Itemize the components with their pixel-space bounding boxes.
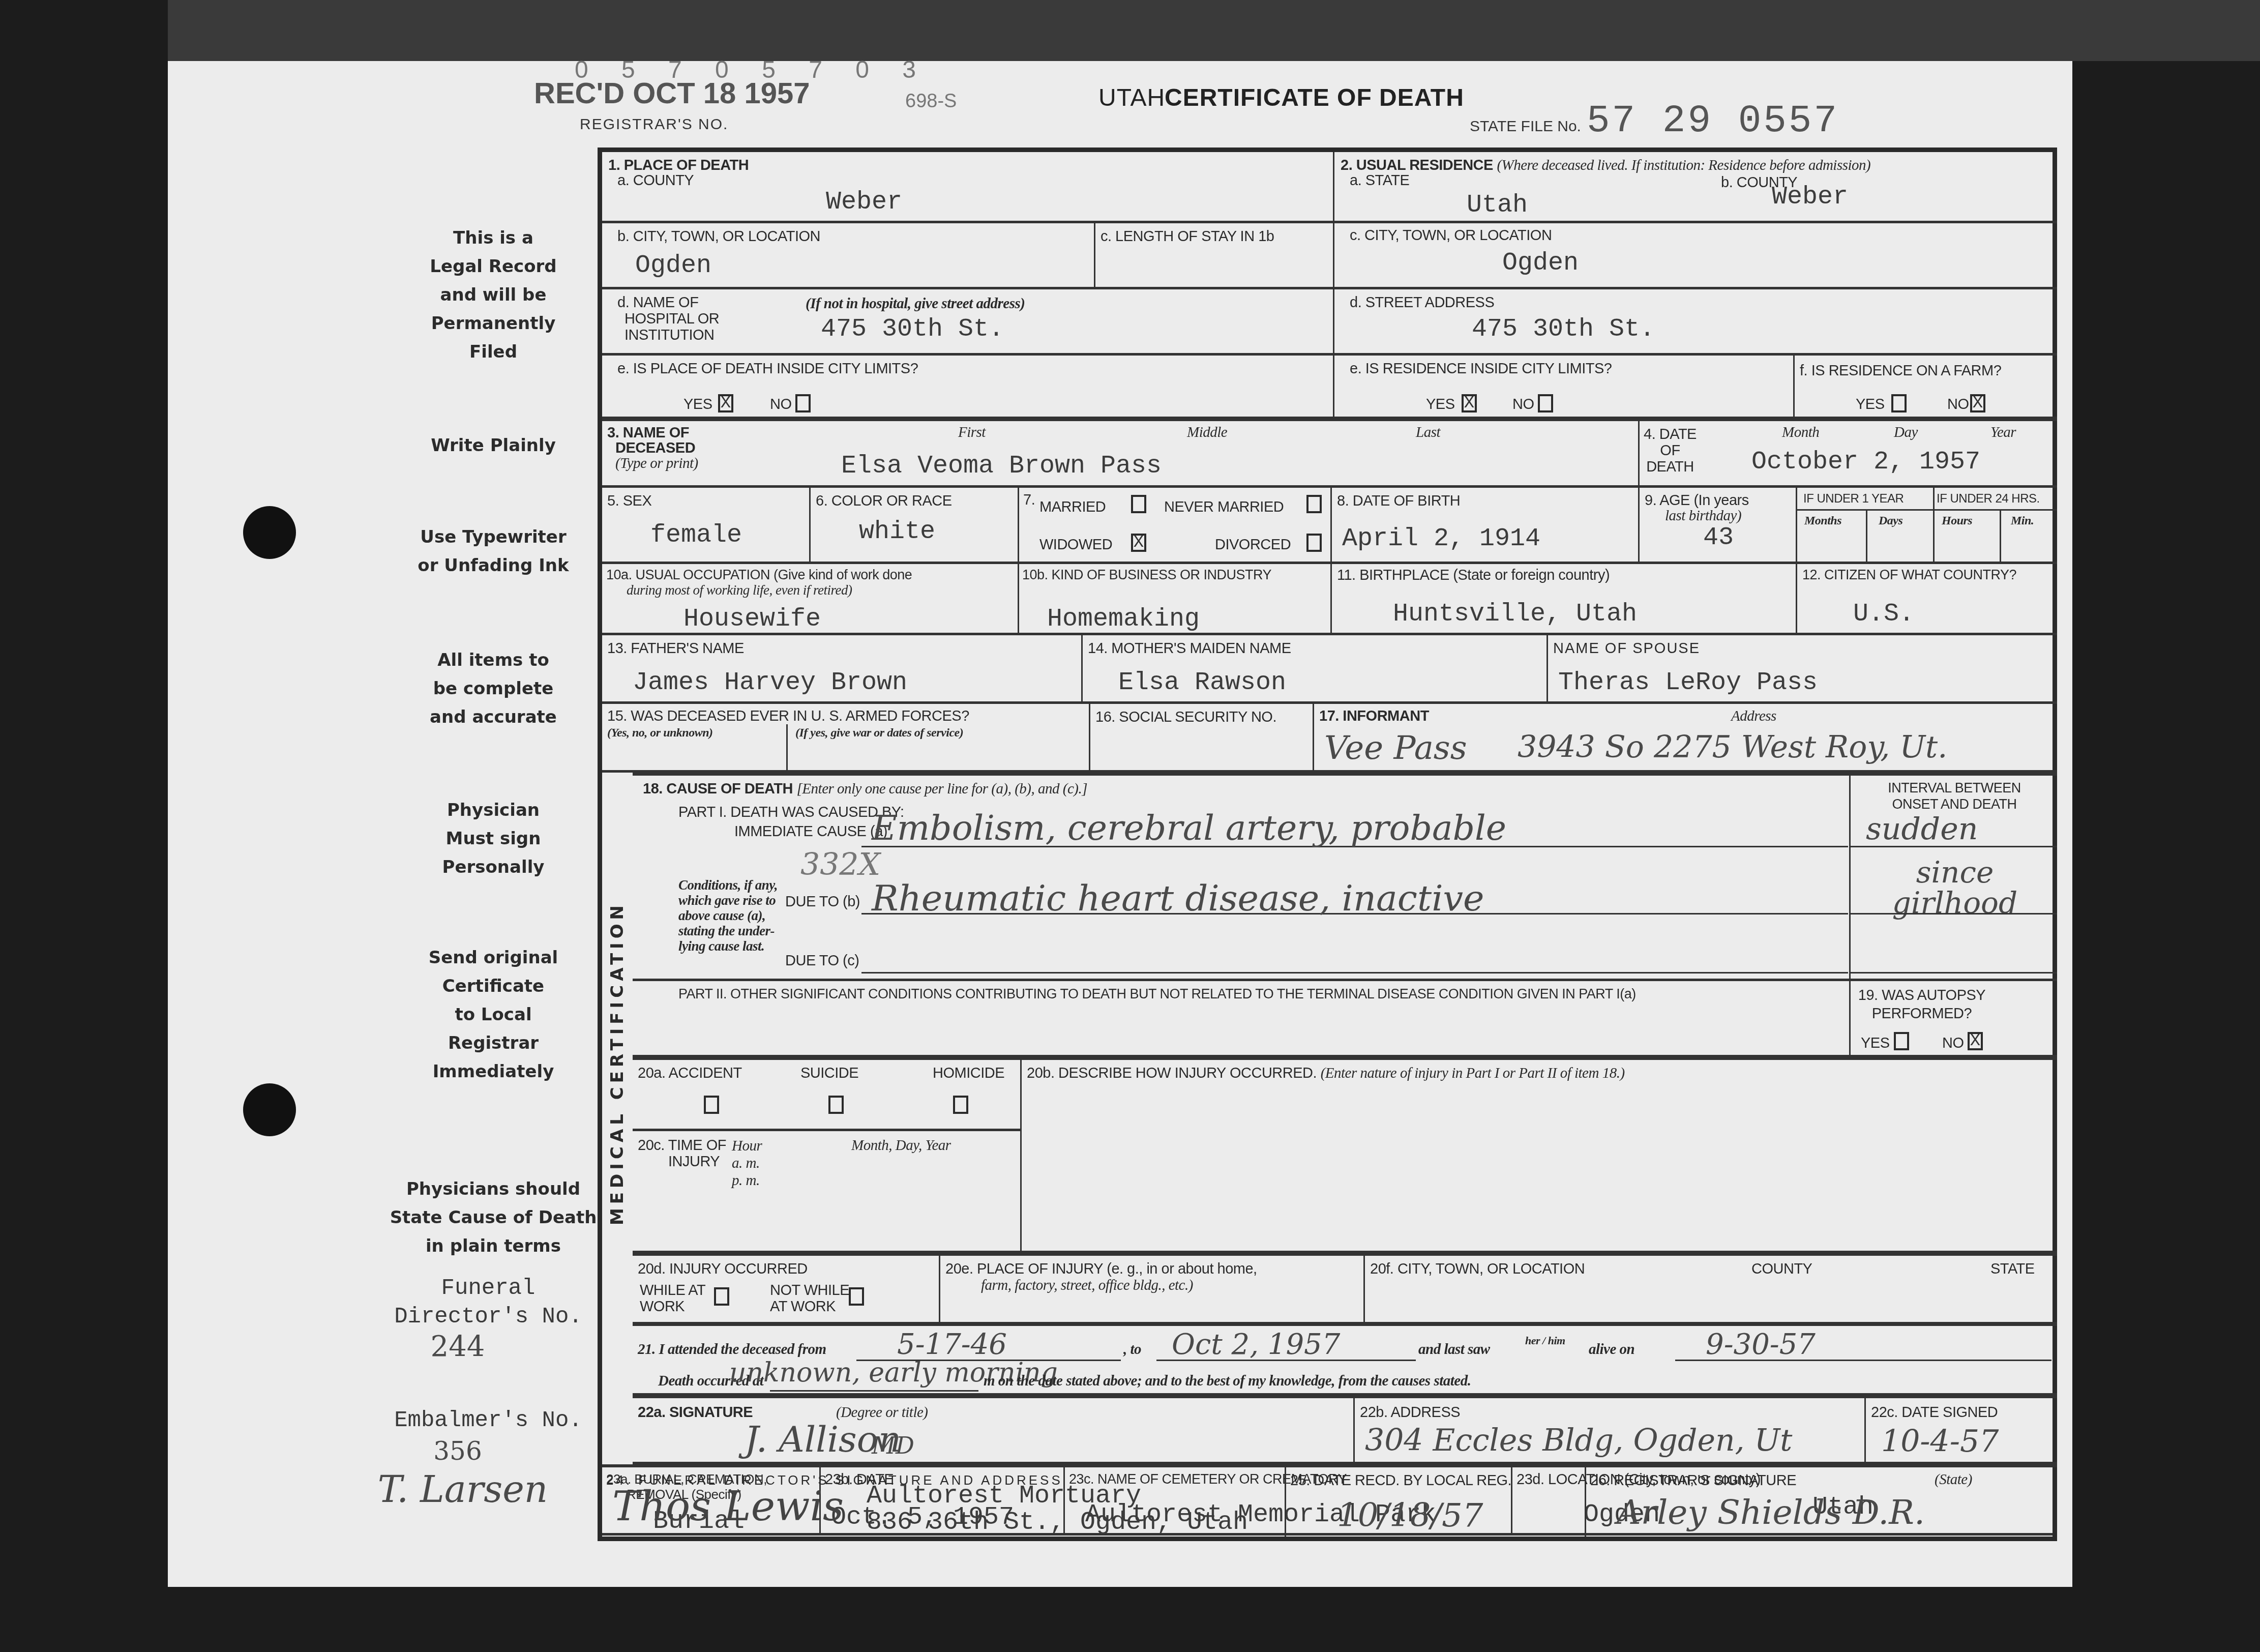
entry-line xyxy=(1851,972,2057,973)
place-of-death-city-cell: b. CITY, TOWN, OR LOCATION Ogden xyxy=(602,223,1095,289)
due-to-b-label: DUE TO (b) xyxy=(785,894,860,910)
due-to-c-label: DUE TO (c) xyxy=(785,953,859,969)
never-married-checkbox[interactable] xyxy=(1306,495,1322,513)
residence-inside-city-cell: e. IS RESIDENCE INSIDE CITY LIMITS? YES … xyxy=(1334,356,1795,419)
married-checkbox[interactable] xyxy=(1131,495,1146,513)
field-label: 17. INFORMANT xyxy=(1319,708,1429,725)
race-cell: 6. COLOR OR RACE white xyxy=(811,488,1019,564)
mdy-label: Month, Day, Year xyxy=(851,1137,951,1154)
field-label: 20b. DESCRIBE HOW INJURY OCCURRED. (Ente… xyxy=(1027,1065,1625,1082)
due-to-b-value[interactable]: Rheumatic heart disease, inactive xyxy=(872,877,1484,919)
divider xyxy=(1935,509,2057,511)
margin-note-physician: Physician Must sign Personally xyxy=(386,796,600,881)
part2-label: PART II. OTHER SIGNIFICANT CONDITIONS CO… xyxy=(678,986,1636,1002)
margin-line: and will be xyxy=(386,281,600,309)
her-him-label: her / him xyxy=(1525,1334,1565,1347)
race-value[interactable]: white xyxy=(859,517,935,546)
deceased-name-cell: 3. NAME OF DECEASED (Type or print) Firs… xyxy=(602,419,1640,488)
field-label: 22b. ADDRESS xyxy=(1360,1404,1460,1421)
funeral-director-no-label: Funeral Director's No. xyxy=(366,1274,610,1331)
state-file-number: 57 29 0557 xyxy=(1587,99,1839,143)
field-label: 9. AGE (In years last birthday) xyxy=(1645,493,1749,523)
title-prefix: UTAH xyxy=(1098,84,1165,112)
funeral-director-signature[interactable]: Thos Lewis xyxy=(612,1483,844,1530)
death-inside-city-cell: e. IS PLACE OF DEATH INSIDE CITY LIMITS?… xyxy=(602,356,1334,419)
field-label: IF UNDER 24 HRS. xyxy=(1937,492,2040,506)
margin-line: Filed xyxy=(386,338,600,366)
page-title: CERTIFICATE OF DEATH xyxy=(1165,84,1464,112)
field-label: 22c. DATE SIGNED xyxy=(1871,1404,1998,1421)
deceased-name-value[interactable]: Elsa Veoma Brown Pass xyxy=(841,452,1162,481)
age-cell: 9. AGE (In years last birthday) 43 xyxy=(1640,488,1797,564)
days-label: Days xyxy=(1879,514,1902,528)
field-hint: (If not in hospital, give street address… xyxy=(806,296,1025,312)
residence-street-cell: d. STREET ADDRESS 475 30th St. xyxy=(1334,289,2057,356)
marital-status-cell: 7. MARRIED NEVER MARRIED WIDOWED X DIVOR… xyxy=(1019,488,1332,564)
funeral-registrar-row: 24. FUNERAL DIRECTOR'S SIGNATURE AND ADD… xyxy=(598,1467,2057,1541)
mother-name-value[interactable]: Elsa Rawson xyxy=(1118,668,1286,697)
margin-line: Immediately xyxy=(386,1057,600,1086)
age-value[interactable]: 43 xyxy=(1703,523,1734,552)
divider xyxy=(2000,509,2001,563)
citizenship-value[interactable]: U.S. xyxy=(1853,600,1914,629)
residence-city-cell: c. CITY, TOWN, OR LOCATION Ogden xyxy=(1334,223,2057,289)
residence-city-value[interactable]: Ogden xyxy=(1502,249,1579,278)
field-label: a. STATE xyxy=(1350,172,1409,189)
death-city-value[interactable]: Ogden xyxy=(635,251,711,280)
divider xyxy=(786,724,788,773)
death-statement: m on the date stated above; and to the b… xyxy=(984,1373,1471,1390)
informant-cell: 17. INFORMANT Address Vee Pass 3943 So 2… xyxy=(1314,704,2057,773)
injury-at-work-cell: 20d. INJURY OCCURRED WHILE AT WORK NOT W… xyxy=(633,1253,940,1324)
embalmer-no: 356 xyxy=(407,1437,509,1465)
stamp-number: 0 5 7 0 5 7 0 3 xyxy=(575,56,929,84)
margin-line: Use Typewriter xyxy=(386,523,600,551)
date-signed-cell: 22c. DATE SIGNED 10-4-57 xyxy=(1866,1396,2057,1464)
field-label: e. IS PLACE OF DEATH INSIDE CITY LIMITS? xyxy=(617,361,918,377)
field-label: 3. NAME OF DECEASED (Type or print) xyxy=(607,425,698,471)
field-label: 20f. CITY, TOWN, OR LOCATION xyxy=(1370,1261,1585,1278)
registrar-no-value: 698-S xyxy=(905,91,957,112)
date-of-birth-value[interactable]: April 2, 1914 xyxy=(1342,524,1540,553)
divorced-checkbox[interactable] xyxy=(1306,534,1322,552)
autopsy-no-checkbox[interactable]: X xyxy=(1968,1032,1983,1050)
margin-line: Personally xyxy=(386,853,600,881)
yes-label: YES xyxy=(1861,1035,1890,1052)
signature-label: 22a. SIGNATURE xyxy=(638,1404,753,1421)
physician-address-value[interactable]: 304 Eccles Bldg, Ogden, Ut xyxy=(1365,1423,1792,1458)
spouse-name-value[interactable]: Theras LeRoy Pass xyxy=(1558,668,1818,697)
field-label: 10b. KIND OF BUSINESS OR INDUSTRY xyxy=(1022,567,1271,583)
occupation-value[interactable]: Housewife xyxy=(683,605,821,634)
margin-line: Physicians should xyxy=(371,1175,615,1203)
funeral-director-cell: 24. FUNERAL DIRECTOR'S SIGNATURE AND ADD… xyxy=(602,1467,1286,1537)
attended-to-value[interactable]: Oct 2, 1957 xyxy=(1172,1328,1340,1361)
informant-address-value[interactable]: 3943 So 2275 West Roy, Ut. xyxy=(1518,729,1947,765)
autopsy-yes-checkbox[interactable] xyxy=(1894,1032,1909,1050)
describe-injury-cell: 20b. DESCRIBE HOW INJURY OCCURRED. (Ente… xyxy=(1022,1057,2057,1253)
farm-yes-checkbox[interactable] xyxy=(1891,394,1907,412)
margin-line: and accurate xyxy=(386,703,600,731)
homicide-checkbox[interactable] xyxy=(953,1096,968,1114)
field-label: 8. DATE OF BIRTH xyxy=(1337,493,1460,510)
accident-checkbox[interactable] xyxy=(704,1096,719,1114)
widowed-checkbox[interactable]: X xyxy=(1131,534,1146,552)
residence-inside-city-yes-checkbox[interactable]: X xyxy=(1462,394,1477,412)
field-label: a. COUNTY xyxy=(617,172,694,189)
field-label: d. NAME OF HOSPITAL OR INSTITUTION xyxy=(617,294,719,343)
field-label: 4. DATE OF DEATH xyxy=(1644,426,1697,475)
conditions-label: Conditions, if any, which gave rise to a… xyxy=(678,877,778,954)
county-label: COUNTY xyxy=(1751,1261,1812,1278)
first-label: First xyxy=(958,424,986,441)
to-label: , to xyxy=(1123,1341,1141,1358)
field-label: INTERVAL BETWEEN ONSET AND DEATH xyxy=(1858,780,2051,812)
margin-line: Write Plainly xyxy=(386,431,600,460)
divorced-label: DIVORCED xyxy=(1215,537,1291,553)
field-label: 13. FATHER'S NAME xyxy=(607,640,744,657)
informant-value[interactable]: Vee Pass xyxy=(1324,729,1467,767)
birthplace-value[interactable]: Huntsville, Utah xyxy=(1393,600,1637,629)
section-label: 1. PLACE OF DEATH xyxy=(608,157,749,174)
margin-line: Physician xyxy=(386,796,600,824)
hours-label: Hours xyxy=(1942,514,1972,528)
margin-line: Funeral xyxy=(366,1274,610,1303)
field-hint: (If yes, give war or dates of service) xyxy=(795,726,963,740)
field-label: 10a. USUAL OCCUPATION (Give kind of work… xyxy=(606,567,912,598)
punch-hole xyxy=(243,1083,296,1136)
physician-degree[interactable]: MD xyxy=(872,1432,914,1459)
day-label: Day xyxy=(1894,424,1918,441)
field-label: 7. xyxy=(1023,492,1035,509)
divider xyxy=(1866,509,1867,563)
occupation-cell: 10a. USUAL OCCUPATION (Give kind of work… xyxy=(602,564,1019,635)
residence-farm-cell: f. IS RESIDENCE ON A FARM? YES NO X xyxy=(1795,356,2057,419)
margin-line: to Local xyxy=(386,1000,600,1029)
embalmer-signature: T. Larsen xyxy=(331,1475,595,1503)
father-name-cell: 13. FATHER'S NAME James Harvey Brown xyxy=(602,635,1083,704)
interval-a-value[interactable]: sudden xyxy=(1866,811,1978,847)
field-label: b. CITY, TOWN, OR LOCATION xyxy=(617,228,820,245)
field-label: 25. DATE RECD. BY LOCAL REG. xyxy=(1290,1472,1511,1489)
armed-forces-cell: 15. WAS DECEASED EVER IN U. S. ARMED FOR… xyxy=(602,704,1090,773)
year-label: Year xyxy=(1990,424,2016,441)
date-received-value[interactable]: 10/18/57 xyxy=(1337,1497,1483,1535)
field-label: 18. CAUSE OF DEATH [Enter only one cause… xyxy=(643,781,1087,798)
last-saw-label: and last saw xyxy=(1418,1341,1490,1358)
ssn-cell: 16. SOCIAL SECURITY NO. xyxy=(1090,704,1314,773)
attended-label: 21. I attended the deceased from xyxy=(638,1341,826,1358)
margin-note-send: Send original Certificate to Local Regis… xyxy=(386,943,600,1086)
margin-line: Certificate xyxy=(386,972,600,1000)
field-label: 20c. TIME OF INJURY xyxy=(638,1137,726,1170)
field-label: 12. CITIZEN OF WHAT COUNTRY? xyxy=(1802,567,2016,583)
margin-line: Must sign xyxy=(386,824,600,853)
death-inside-city-no-checkbox[interactable] xyxy=(795,394,811,412)
date-received-cell: 25. DATE RECD. BY LOCAL REG. 10/18/57 xyxy=(1286,1467,1586,1537)
injury-location-cell: 20f. CITY, TOWN, OR LOCATION COUNTY STAT… xyxy=(1365,1253,2057,1324)
suicide-label: SUICIDE xyxy=(800,1065,858,1082)
margin-line: Director's No. xyxy=(366,1303,610,1331)
margin-note-cause: Physicians should State Cause of Death i… xyxy=(371,1175,615,1260)
place-of-injury-cell: 20e. PLACE OF INJURY (e. g., in or about… xyxy=(940,1253,1365,1324)
homicide-label: HOMICIDE xyxy=(933,1065,1004,1082)
interval-cell: INTERVAL BETWEEN ONSET AND DEATH sudden … xyxy=(1851,773,2057,981)
state-label: STATE xyxy=(1990,1261,2035,1278)
citizenship-cell: 12. CITIZEN OF WHAT COUNTRY? U.S. xyxy=(1797,564,2057,635)
field-label: 19. WAS AUTOPSY PERFORMED? xyxy=(1856,986,1988,1023)
alive-on-label: alive on xyxy=(1589,1341,1634,1358)
field-label: 20e. PLACE OF INJURY (e. g., in or about… xyxy=(945,1261,1257,1293)
margin-line: Send original xyxy=(386,943,600,972)
interval-b-value[interactable]: since girlhood xyxy=(1861,857,2049,918)
residence-state-value[interactable]: Utah xyxy=(1467,191,1528,220)
margin-line: Legal Record xyxy=(386,252,600,281)
field-label: 16. SOCIAL SECURITY NO. xyxy=(1095,709,1276,726)
date-of-birth-cell: 8. DATE OF BIRTH April 2, 1914 xyxy=(1332,488,1640,564)
entry-line xyxy=(861,972,1848,973)
physician-signature-cell: 22a. SIGNATURE (Degree or title) J. Alli… xyxy=(633,1396,1355,1464)
attended-cell: 21. I attended the deceased from 5-17-46… xyxy=(633,1324,2057,1396)
margin-line: Registrar xyxy=(386,1029,600,1057)
certificate-form: MEDICAL CERTIFICATION 1. PLACE OF DEATH … xyxy=(598,147,2057,1541)
middle-label: Middle xyxy=(1187,424,1227,441)
funeral-address-value[interactable]: 836 36th St., Ogden, Utah xyxy=(867,1508,1248,1537)
length-of-stay-cell: c. LENGTH OF STAY IN 1b xyxy=(1095,223,1334,289)
no-label: NO xyxy=(1942,1035,1964,1052)
industry-value[interactable]: Homemaking xyxy=(1047,605,1200,634)
margin-line: in plain terms xyxy=(371,1232,615,1260)
field-label: c. LENGTH OF STAY IN 1b xyxy=(1101,228,1274,245)
not-while-at-work-checkbox[interactable] xyxy=(849,1287,864,1306)
widowed-label: WIDOWED xyxy=(1039,537,1112,553)
section-label: 2. USUAL RESIDENCE (Where deceased lived… xyxy=(1341,157,1870,174)
field-label: f. IS RESIDENCE ON A FARM? xyxy=(1800,363,2001,379)
no-label: NO xyxy=(1512,396,1534,413)
while-at-work-label: WHILE AT WORK xyxy=(640,1282,705,1315)
date-signed-value[interactable]: 10-4-57 xyxy=(1881,1424,1999,1459)
margin-line: be complete xyxy=(386,674,600,703)
residence-street-value[interactable]: 475 30th St. xyxy=(1472,315,1655,344)
physician-address-cell: 22b. ADDRESS 304 Eccles Bldg, Ogden, Ut xyxy=(1355,1396,1866,1464)
field-label: 5. SEX xyxy=(607,493,651,510)
field-label: 11. BIRTHPLACE (State or foreign country… xyxy=(1337,567,1610,584)
margin-line: This is a xyxy=(386,224,600,252)
date-of-death-value[interactable]: October 2, 1957 xyxy=(1751,448,1980,477)
death-inside-city-yes-checkbox[interactable]: X xyxy=(718,394,733,412)
field-label: c. CITY, TOWN, OR LOCATION xyxy=(1350,227,1552,244)
residence-county-value[interactable]: Weber xyxy=(1772,183,1848,212)
registrar-signature-cell: 26. REGISTRAR'S SIGNATURE Arley Shields … xyxy=(1586,1467,2053,1537)
mother-name-cell: 14. MOTHER'S MAIDEN NAME Elsa Rawson xyxy=(1083,635,1548,704)
under-24-hrs-cell: IF UNDER 24 HRS. Hours Min. xyxy=(1935,488,2057,564)
margin-note-complete: All items to be complete and accurate xyxy=(386,646,600,731)
time-of-injury-cell: 20c. TIME OF INJURY Hour a. m. p. m. Mon… xyxy=(633,1131,1022,1253)
field-label: 20d. INJURY OCCURRED xyxy=(638,1261,808,1278)
cause-code: 332X xyxy=(800,847,880,882)
entry-line xyxy=(1851,913,2057,914)
birthplace-cell: 11. BIRTHPLACE (State or foreign country… xyxy=(1332,564,1797,635)
not-while-at-work-label: NOT WHILE AT WORK xyxy=(770,1282,849,1315)
margin-line: Permanently xyxy=(386,309,600,338)
month-label: Month xyxy=(1782,424,1819,441)
medical-certification-label: MEDICAL CERTIFICATION xyxy=(607,901,628,1225)
place-of-death-county-cell: 1. PLACE OF DEATH a. COUNTY Weber xyxy=(602,152,1334,223)
field-label: e. IS RESIDENCE INSIDE CITY LIMITS? xyxy=(1350,361,1612,377)
margin-note-legal: This is a Legal Record and will be Perma… xyxy=(386,224,600,366)
last-saw-value[interactable]: 9-30-57 xyxy=(1706,1328,1816,1361)
margin-line: or Unfading Ink xyxy=(386,551,600,580)
hour-label: Hour a. m. p. m. xyxy=(732,1137,762,1189)
no-label: NO xyxy=(770,396,792,413)
married-label: MARRIED xyxy=(1039,499,1106,516)
hospital-cell: d. NAME OF HOSPITAL OR INSTITUTION (If n… xyxy=(602,289,1334,356)
part1-label: PART I. DEATH WAS CAUSED BY: xyxy=(678,804,904,821)
scanner-background xyxy=(168,0,2260,61)
field-hint: (Yes, no, or unknown) xyxy=(607,726,713,740)
sex-cell: 5. SEX female xyxy=(602,488,811,564)
sex-value[interactable]: female xyxy=(650,521,742,550)
last-label: Last xyxy=(1416,424,1440,441)
field-label: IF UNDER 1 YEAR xyxy=(1803,492,1904,506)
suicide-checkbox[interactable] xyxy=(828,1096,844,1114)
punch-hole xyxy=(243,506,296,559)
months-label: Months xyxy=(1804,514,1841,528)
yes-label: YES xyxy=(683,396,712,413)
injury-type-cell: 20a. ACCIDENT SUICIDE HOMICIDE xyxy=(633,1057,1022,1131)
margin-note-typewriter: Use Typewriter or Unfading Ink xyxy=(386,523,600,580)
field-label: 14. MOTHER'S MAIDEN NAME xyxy=(1088,640,1291,657)
address-label: Address xyxy=(1731,708,1776,725)
death-county-value[interactable]: Weber xyxy=(826,188,902,217)
cause-of-death-cell: 18. CAUSE OF DEATH [Enter only one cause… xyxy=(633,773,1851,981)
state-file-label: STATE FILE No. xyxy=(1470,118,1581,135)
yes-label: YES xyxy=(1856,396,1885,413)
never-married-label: NEVER MARRIED xyxy=(1164,499,1284,516)
under-1-year-cell: IF UNDER 1 YEAR Months Days xyxy=(1797,488,1935,564)
spouse-name-cell: NAME OF SPOUSE Theras LeRoy Pass xyxy=(1548,635,2057,704)
margin-line: All items to xyxy=(386,646,600,674)
residence-state-county-cell: 2. USUAL RESIDENCE (Where deceased lived… xyxy=(1334,152,2057,223)
field-label: 26. REGISTRAR'S SIGNATURE xyxy=(1590,1472,1796,1489)
accident-label: 20a. ACCIDENT xyxy=(638,1065,742,1082)
part2-cell: PART II. OTHER SIGNIFICANT CONDITIONS CO… xyxy=(633,981,1851,1057)
embalmer-no-label: Embalmer's No. xyxy=(366,1406,610,1435)
autopsy-cell: 19. WAS AUTOPSY PERFORMED? YES NO X xyxy=(1851,981,2057,1057)
entry-line xyxy=(770,1390,978,1392)
attended-from-value[interactable]: 5-17-46 xyxy=(897,1328,1007,1361)
date-of-death-cell: 4. DATE OF DEATH Month Day Year October … xyxy=(1640,419,2057,488)
funeral-home-value[interactable]: Aultorest Mortuary xyxy=(867,1482,1141,1511)
immediate-cause-value[interactable]: Embolism, cerebral artery, probable xyxy=(872,808,1506,848)
hospital-value[interactable]: 475 30th St. xyxy=(821,315,1004,344)
margin-line: State Cause of Death xyxy=(371,1203,615,1232)
industry-cell: 10b. KIND OF BUSINESS OR INDUSTRY Homema… xyxy=(1019,564,1332,635)
margin-note-write: Write Plainly xyxy=(386,431,600,460)
father-name-value[interactable]: James Harvey Brown xyxy=(633,668,907,697)
while-at-work-checkbox[interactable] xyxy=(714,1287,729,1306)
residence-inside-city-no-checkbox[interactable] xyxy=(1538,394,1553,412)
entry-line xyxy=(1851,846,2057,847)
immediate-cause-label: IMMEDIATE CAUSE (a) xyxy=(734,823,887,840)
min-label: Min. xyxy=(2011,514,2034,528)
registrar-signature[interactable]: Arley Shields D.R. xyxy=(1617,1493,1925,1532)
farm-no-checkbox[interactable]: X xyxy=(1970,394,1985,412)
funeral-director-no: 244 xyxy=(407,1333,509,1361)
field-label: 15. WAS DECEASED EVER IN U. S. ARMED FOR… xyxy=(607,708,969,725)
registrar-no-label: REGISTRAR'S NO. xyxy=(580,116,728,133)
field-label: d. STREET ADDRESS xyxy=(1350,294,1494,311)
field-label: NAME OF SPOUSE xyxy=(1553,640,1700,657)
no-label: NO xyxy=(1947,396,1969,413)
yes-label: YES xyxy=(1426,396,1455,413)
field-label: 6. COLOR OR RACE xyxy=(816,493,952,510)
